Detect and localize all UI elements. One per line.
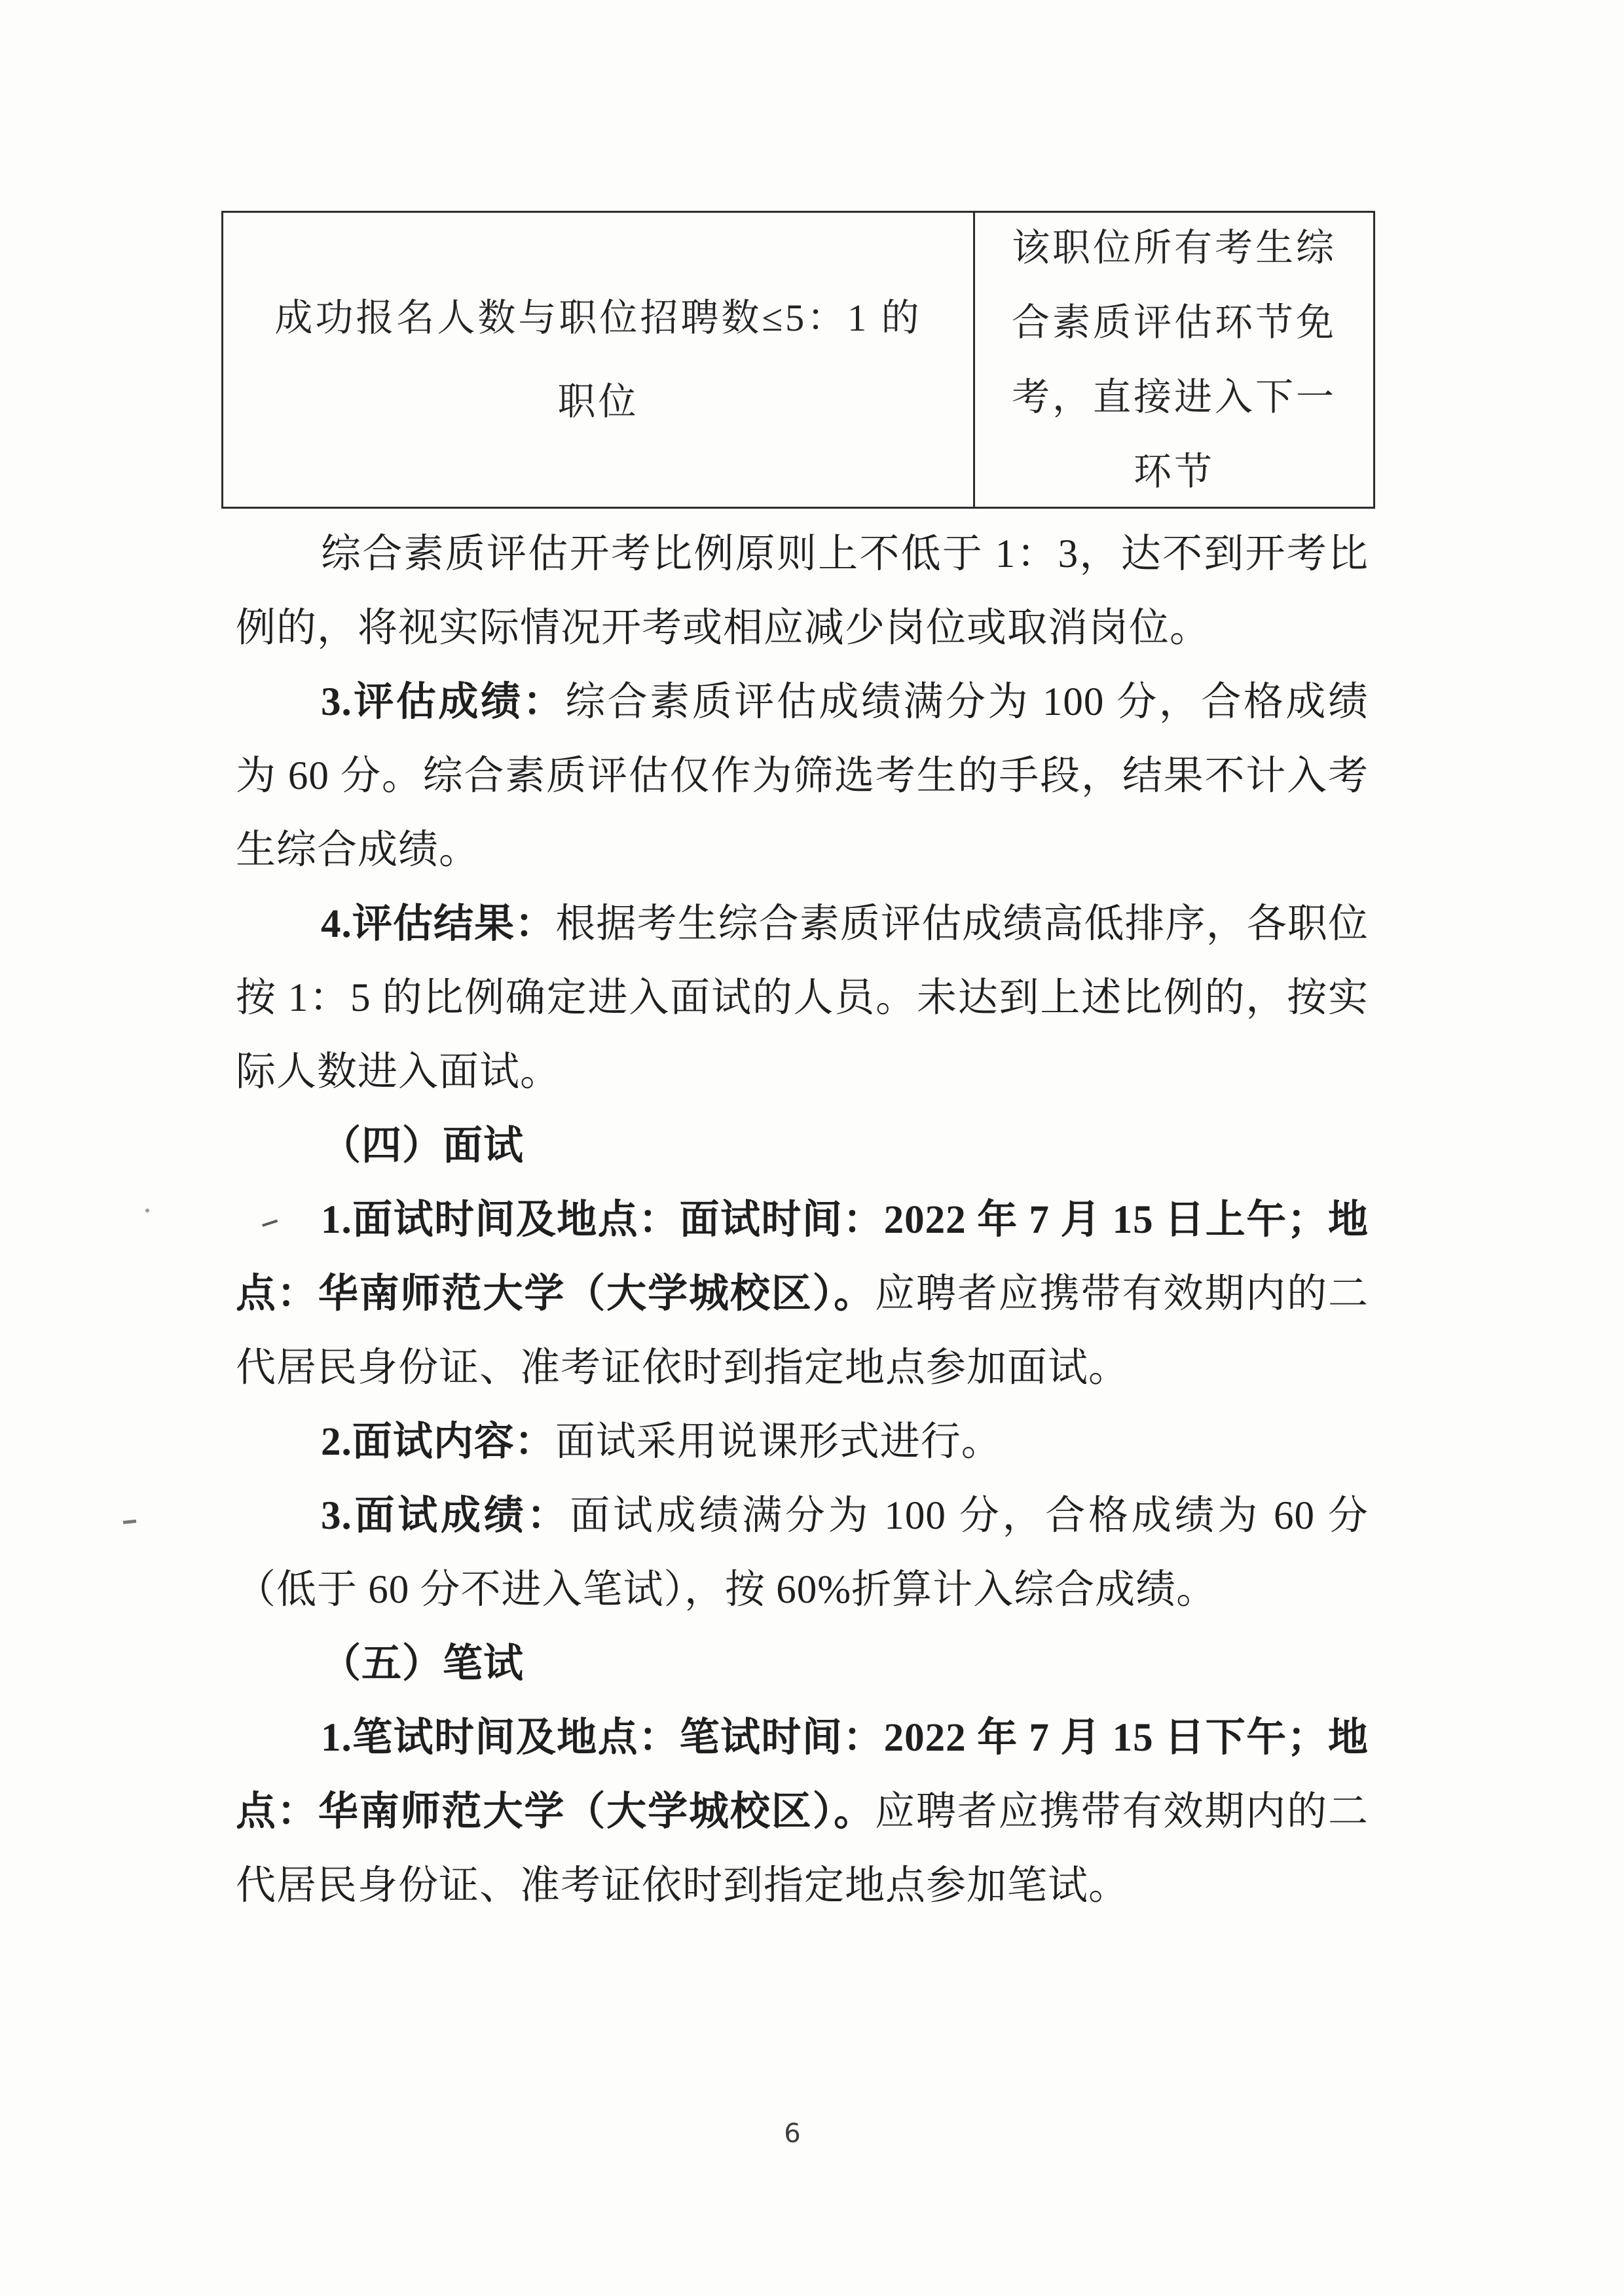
paragraph-bold-label: 3.面试成绩： <box>321 1494 570 1538</box>
paragraph-assessment-result: 4.评估结果：根据考生综合素质评估成绩高低排序，各职位按 1：5 的比例确定进入… <box>236 887 1369 1109</box>
page-number: 6 <box>766 2119 819 2149</box>
section-heading-interview: （四）面试 <box>236 1109 1369 1183</box>
scan-artifact <box>145 1209 149 1212</box>
document-body-text: 综合素质评估开考比例原则上不低于 1：3，达不到开考比例的，将视实际情况开考或相… <box>236 517 1369 1923</box>
paragraph-text: 面试采用说课形式进行。 <box>555 1420 1002 1464</box>
paragraph-open-ratio: 综合素质评估开考比例原则上不低于 1：3，达不到开考比例的，将视实际情况开考或相… <box>236 517 1369 665</box>
paragraph-interview-time-place: 1.面试时间及地点：面试时间：2022 年 7 月 15 日上午；地点：华南师范… <box>236 1183 1369 1405</box>
section-heading-label: （五）笔试 <box>321 1642 524 1686</box>
paragraph-bold-label: 3.评估成绩： <box>321 680 565 724</box>
paragraph-bold-label: 4.评估结果： <box>321 902 555 946</box>
table-cell-line: 考，直接进入下一 <box>1012 360 1337 435</box>
table-cell-position-condition: 成功报名人数与职位招聘数≤5：1 的 职位 <box>223 213 973 507</box>
table-cell-exemption-rule: 该职位所有考生综 合素质评估环节免 考，直接进入下一 环节 <box>973 213 1373 507</box>
paragraph-written-exam-time-place: 1.笔试时间及地点：笔试时间：2022 年 7 月 15 日下午；地点：华南师范… <box>236 1701 1369 1923</box>
paragraph-interview-score: 3.面试成绩：面试成绩满分为 100 分，合格成绩为 60 分（低于 60 分不… <box>236 1479 1369 1627</box>
scanned-document-page: 成功报名人数与职位招聘数≤5：1 的 职位 该职位所有考生综 合素质评估环节免 … <box>0 0 1624 2296</box>
paragraph-bold-label: 2.面试内容： <box>321 1420 555 1464</box>
scan-artifact <box>123 1520 136 1524</box>
table-cell-line: 环节 <box>1134 435 1215 509</box>
paragraph-interview-content: 2.面试内容：面试采用说课形式进行。 <box>236 1405 1369 1479</box>
table-cell-line: 职位 <box>558 360 639 444</box>
paragraph-assessment-score: 3.评估成绩：综合素质评估成绩满分为 100 分，合格成绩为 60 分。综合素质… <box>236 665 1369 887</box>
paragraph-text: 综合素质评估开考比例原则上不低于 1：3，达不到开考比例的，将视实际情况开考或相… <box>236 532 1369 650</box>
table-cell-line: 成功报名人数与职位招聘数≤5：1 的 <box>274 276 921 360</box>
section-heading-written-exam: （五）笔试 <box>236 1627 1369 1701</box>
table-cell-line: 该职位所有考生综 <box>1012 211 1337 285</box>
table-cell-line: 合素质评估环节免 <box>1012 285 1337 360</box>
screening-ratio-table: 成功报名人数与职位招聘数≤5：1 的 职位 该职位所有考生综 合素质评估环节免 … <box>221 211 1375 509</box>
section-heading-label: （四）面试 <box>321 1124 524 1168</box>
